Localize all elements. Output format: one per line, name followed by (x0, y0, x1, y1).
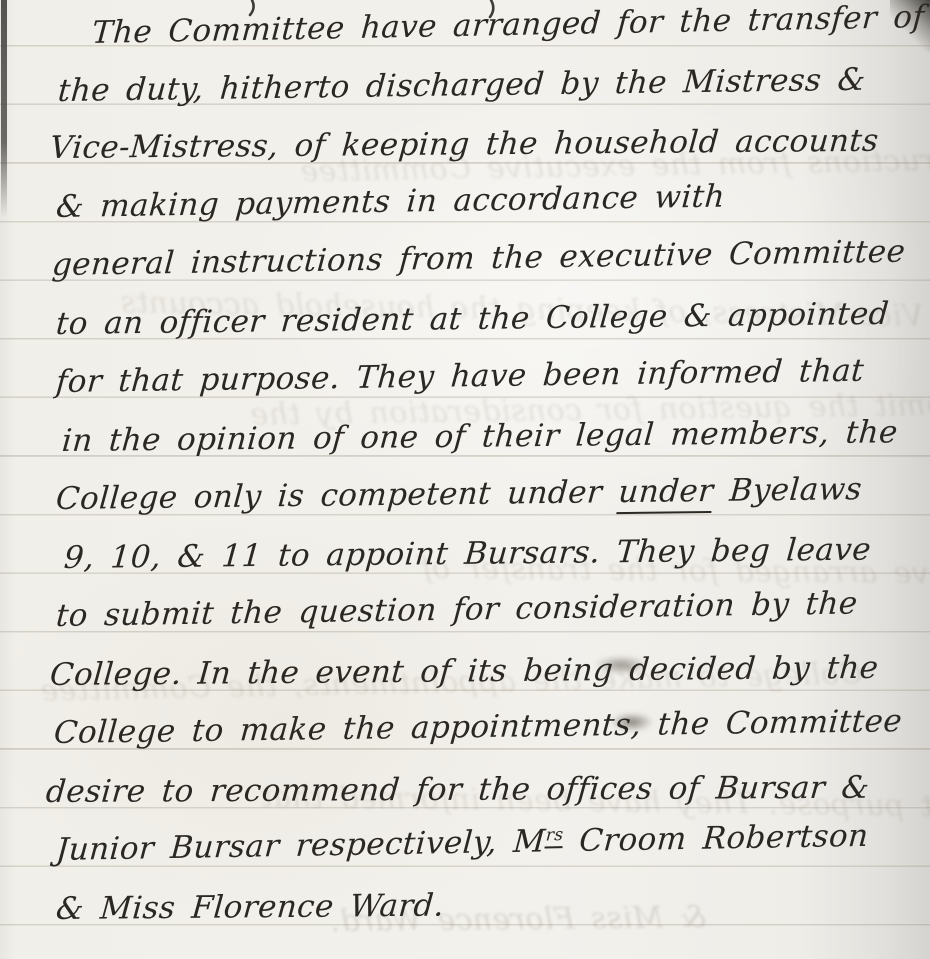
manuscript-line-11: to submit the question for consideration… (55, 588, 859, 632)
manuscript-line-14: desire to recommend for the offices of B… (45, 773, 871, 808)
manuscript-line-9: College only is competent under under By… (55, 474, 863, 515)
manuscript-line-15: Junior Bursar respectively, Mrs Croom Ro… (55, 821, 870, 866)
manuscript-line-10: 9, 10, & 11 to appoint Bursars. They beg… (63, 535, 872, 574)
manuscript-line-7: for that purpose. They have been informe… (55, 356, 865, 398)
manuscript-page: general instructions from the executive … (0, 0, 930, 959)
manuscript-line-2: the duty, hitherto discharged by the Mis… (57, 65, 867, 107)
superscript-abbreviation: rs (545, 825, 564, 848)
manuscript-line-13: College to make the appointments, the Co… (53, 706, 903, 749)
manuscript-line-6: to an officer resident at the College & … (55, 299, 890, 340)
manuscript-line-4: & making payments in accordance with (55, 181, 726, 223)
manuscript-line-16: & Miss Florence Ward. (55, 891, 446, 925)
line-9-text-before: College only is competent under (55, 474, 620, 517)
manuscript-line-3: Vice-Mistress, of keeping the household … (49, 126, 880, 164)
manuscript-line-1: The Committee have arranged for the tran… (91, 2, 925, 49)
handwritten-text: The Committee have arranged for the tran… (0, 0, 930, 959)
line-15-text-post: Croom Robertson (562, 818, 870, 859)
manuscript-line-12: College. In the event of its being decid… (49, 653, 880, 691)
line-9-text-after: Byelaws (712, 471, 863, 509)
underlined-word: under (617, 473, 715, 514)
manuscript-line-5: general instructions from the executive … (51, 237, 907, 281)
line-15-text-pre: Junior Bursar respectively, M (55, 823, 547, 868)
manuscript-line-8: in the opinion of one of their legal mem… (61, 417, 899, 457)
